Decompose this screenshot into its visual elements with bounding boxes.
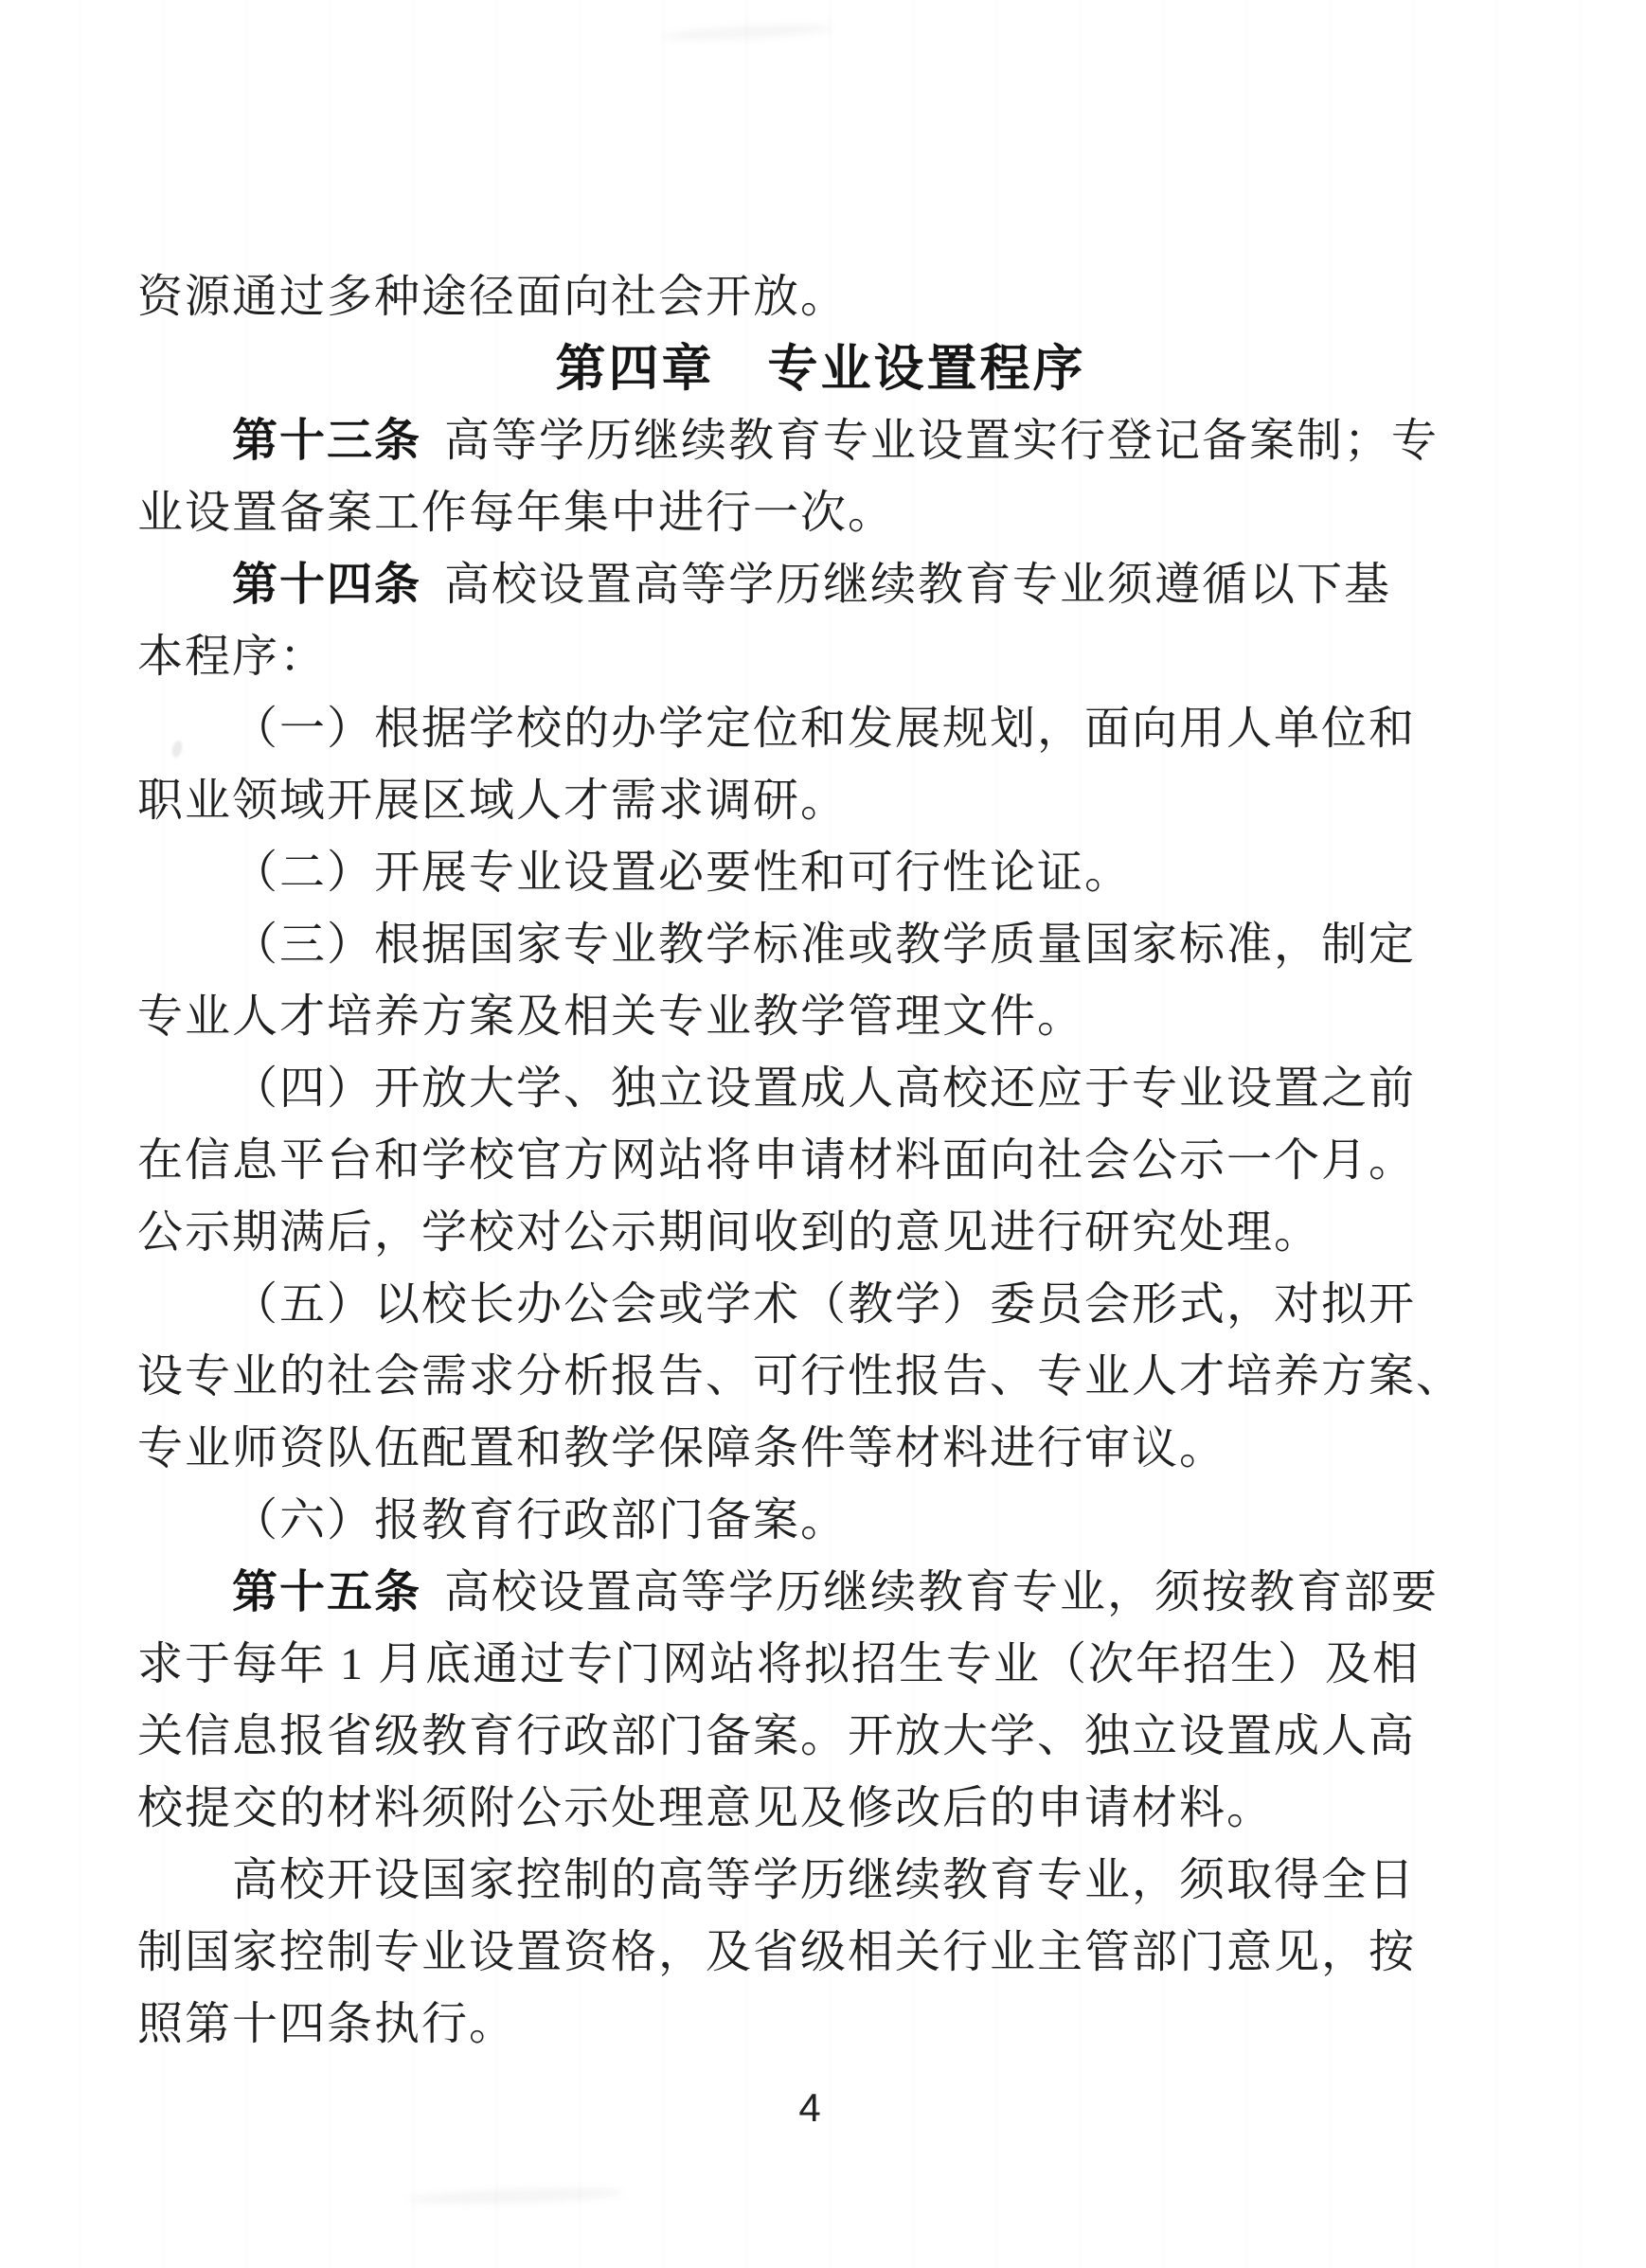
document-line: 第十四条高校设置高等学历继续教育专业须遵循以下基 bbox=[137, 549, 1504, 621]
document-line: 第四章 专业设置程序 bbox=[137, 333, 1504, 405]
line-text: 关信息报省级教育行政部门备案。开放大学、独立设置成人高 bbox=[137, 1711, 1416, 1761]
document-line: 关信息报省级教育行政部门备案。开放大学、独立设置成人高 bbox=[137, 1701, 1504, 1773]
scan-smudge-bottom bbox=[407, 2186, 625, 2206]
line-text: 高校设置高等学历继续教育专业须遵循以下基 bbox=[444, 560, 1391, 610]
document-line: 校提交的材料须附公示处理意见及修改后的申请材料。 bbox=[137, 1773, 1504, 1845]
document-line: 求于每年 1 月底通过专门网站将拟招生专业（次年招生）及相 bbox=[137, 1629, 1504, 1701]
line-text: 专业人才培养方案及相关专业教学管理文件。 bbox=[137, 991, 1084, 1042]
line-text: （二）开展专业设置必要性和可行性论证。 bbox=[232, 848, 1132, 898]
document-line: 公示期满后，学校对公示期间收到的意见进行研究处理。 bbox=[137, 1197, 1504, 1269]
document-line: 职业领域开展区域人才需求调研。 bbox=[137, 765, 1504, 837]
line-text: 资源通过多种途径面向社会开放。 bbox=[137, 272, 848, 322]
line-text: 职业领域开展区域人才需求调研。 bbox=[137, 776, 848, 826]
line-text: （四）开放大学、独立设置成人高校还应于专业设置之前 bbox=[232, 1063, 1416, 1114]
line-text: 公示期满后，学校对公示期间收到的意见进行研究处理。 bbox=[137, 1207, 1321, 1258]
document-line: （六）报教育行政部门备案。 bbox=[137, 1485, 1504, 1557]
line-text: 高等学历继续教育专业设置实行登记备案制；专 bbox=[444, 416, 1439, 466]
line-bold-prefix: 第十五条 bbox=[232, 1567, 421, 1617]
line-text: 制国家控制专业设置资格，及省级相关行业主管部门意见，按 bbox=[137, 1927, 1416, 1977]
line-text: 业设置备案工作每年集中进行一次。 bbox=[137, 488, 895, 538]
document-line: 专业人才培养方案及相关专业教学管理文件。 bbox=[137, 981, 1504, 1053]
line-text: 设专业的社会需求分析报告、可行性报告、专业人才培养方案、 bbox=[137, 1351, 1463, 1402]
document-line: 第十五条高校设置高等学历继续教育专业，须按教育部要 bbox=[137, 1557, 1504, 1629]
line-text: 校提交的材料须附公示处理意见及修改后的申请材料。 bbox=[137, 1783, 1274, 1833]
line-bold-prefix: 第十四条 bbox=[232, 560, 421, 610]
line-text: 高校开设国家控制的高等学历继续教育专业，须取得全日 bbox=[232, 1855, 1416, 1905]
document-page: 资源通过多种途径面向社会开放。第四章 专业设置程序第十三条高等学历继续教育专业设… bbox=[0, 0, 1646, 2268]
document-line: 照第十四条执行。 bbox=[137, 1989, 1504, 2061]
line-text: （一）根据学校的办学定位和发展规划，面向用人单位和 bbox=[232, 704, 1416, 754]
document-line: 第十三条高等学历继续教育专业设置实行登记备案制；专 bbox=[137, 405, 1504, 477]
document-line: 设专业的社会需求分析报告、可行性报告、专业人才培养方案、 bbox=[137, 1341, 1504, 1413]
document-line: （一）根据学校的办学定位和发展规划，面向用人单位和 bbox=[137, 693, 1504, 765]
document-line: （四）开放大学、独立设置成人高校还应于专业设置之前 bbox=[137, 1053, 1504, 1125]
line-text: 在信息平台和学校官方网站将申请材料面向社会公示一个月。 bbox=[137, 1135, 1416, 1186]
line-bold-prefix: 第十三条 bbox=[232, 416, 421, 466]
line-text: 高校设置高等学历继续教育专业，须按教育部要 bbox=[444, 1567, 1439, 1617]
document-line: 在信息平台和学校官方网站将申请材料面向社会公示一个月。 bbox=[137, 1125, 1504, 1197]
document-line: （二）开展专业设置必要性和可行性论证。 bbox=[137, 837, 1504, 909]
document-line: 专业师资队伍配置和教学保障条件等材料进行审议。 bbox=[137, 1413, 1504, 1485]
document-line: 高校开设国家控制的高等学历继续教育专业，须取得全日 bbox=[137, 1845, 1504, 1917]
page-body: 资源通过多种途径面向社会开放。第四章 专业设置程序第十三条高等学历继续教育专业设… bbox=[0, 0, 1646, 2061]
document-line: 本程序： bbox=[137, 621, 1504, 693]
line-text: （六）报教育行政部门备案。 bbox=[232, 1495, 848, 1545]
line-text: 照第十四条执行。 bbox=[137, 1999, 516, 2049]
line-text: 专业师资队伍配置和教学保障条件等材料进行审议。 bbox=[137, 1423, 1226, 1473]
document-line: 资源通过多种途径面向社会开放。 bbox=[137, 261, 1504, 333]
line-text: （三）根据国家专业教学标准或教学质量国家标准，制定 bbox=[232, 920, 1416, 970]
line-text: 求于每年 1 月底通过专门网站将拟招生专业（次年招生）及相 bbox=[137, 1639, 1420, 1689]
line-text: （五）以校长办公会或学术（教学）委员会形式，对拟开 bbox=[232, 1279, 1416, 1330]
document-line: 制国家控制专业设置资格，及省级相关行业主管部门意见，按 bbox=[137, 1917, 1504, 1989]
document-line: 业设置备案工作每年集中进行一次。 bbox=[137, 477, 1504, 549]
line-text: 本程序： bbox=[137, 632, 327, 682]
document-line: （五）以校长办公会或学术（教学）委员会形式，对拟开 bbox=[137, 1269, 1504, 1341]
page-number: 4 bbox=[0, 2085, 1619, 2131]
line-text: 第四章 专业设置程序 bbox=[556, 341, 1086, 397]
document-line: （三）根据国家专业教学标准或教学质量国家标准，制定 bbox=[137, 909, 1504, 981]
